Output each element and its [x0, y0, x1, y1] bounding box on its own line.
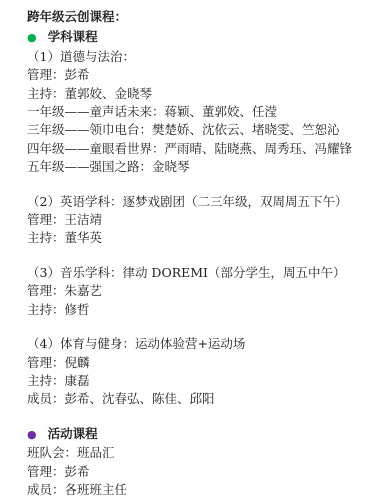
section-subject-courses: ●学科课程 （1）道德与法治： 管理：彭希 主持：董郭姣、金晓琴 一年级——童声… — [27, 28, 363, 408]
document: 跨年级云创课程： ●学科课程 （1）道德与法治： 管理：彭希 主持：董郭姣、金晓… — [0, 0, 371, 500]
text-line-manager: 管理：彭希 — [27, 463, 363, 481]
text-line-grade5: 五年级——强国之路：金晓琴 — [27, 158, 363, 176]
section-heading-subject: ●学科课程 — [27, 28, 363, 47]
subsection-music: （3）音乐学科：律动 DOREMI（部分学生，周五中午） 管理：朱嘉艺 主持：修… — [27, 264, 363, 319]
bullet-icon: ● — [27, 426, 37, 444]
subsection-heading: （2）英语学科：逐梦戏剧团（二三年级，双周周五下午） — [27, 193, 363, 211]
section-activity-courses: ●活动课程 班队会：班品汇 管理：彭希 成员：各班班主任 — [27, 425, 363, 500]
bullet-icon: ● — [27, 29, 37, 47]
text-line-manager: 管理：彭希 — [27, 66, 363, 84]
subsection-sports: （4）体育与健身：运动体验营+运动场 管理：倪麟 主持：康磊 成员：彭希、沈春弘… — [27, 335, 363, 409]
text-line-host: 主持：康磊 — [27, 372, 363, 390]
subsection-moral-law: （1）道德与法治： 管理：彭希 主持：董郭姣、金晓琴 一年级——童声话未来：蒋颖… — [27, 48, 363, 177]
subsection-class-meeting: 班队会：班品汇 管理：彭希 成员：各班班主任 — [27, 444, 363, 499]
text-line-grade4: 四年级——童眼看世界：严雨晴、陆晓燕、周秀珏、冯耀锋 — [27, 140, 363, 158]
text-line-grade3: 三年级——领巾电台：樊楚娇、沈依云、堵晓雯、竺恕沁 — [27, 121, 363, 139]
text-line-host: 主持：董华英 — [27, 229, 363, 247]
subsection-heading: （3）音乐学科：律动 DOREMI（部分学生，周五中午） — [27, 264, 363, 282]
section-heading-label: 活动课程 — [48, 426, 98, 441]
text-line-manager: 管理：朱嘉艺 — [27, 282, 363, 300]
text-line-class-meeting: 班队会：班品汇 — [27, 444, 363, 462]
text-line-manager: 管理：王洁靖 — [27, 211, 363, 229]
text-line-host: 主持：修哲 — [27, 301, 363, 319]
subsection-heading: （4）体育与健身：运动体验营+运动场 — [27, 335, 363, 353]
section-heading-label: 学科课程 — [48, 29, 98, 44]
document-title: 跨年级云创课程： — [27, 8, 363, 26]
subsection-heading: （1）道德与法治： — [27, 48, 363, 66]
text-line-grade1: 一年级——童声话未来：蒋颖、董郭姣、任滢 — [27, 103, 363, 121]
subsection-english: （2）英语学科：逐梦戏剧团（二三年级，双周周五下午） 管理：王洁靖 主持：董华英 — [27, 193, 363, 248]
section-heading-activity: ●活动课程 — [27, 425, 363, 444]
text-line-members: 成员：各班班主任 — [27, 481, 363, 499]
text-line-host: 主持：董郭姣、金晓琴 — [27, 85, 363, 103]
text-line-manager: 管理：倪麟 — [27, 354, 363, 372]
text-line-members: 成员：彭希、沈春弘、陈佳、邱阳 — [27, 390, 363, 408]
